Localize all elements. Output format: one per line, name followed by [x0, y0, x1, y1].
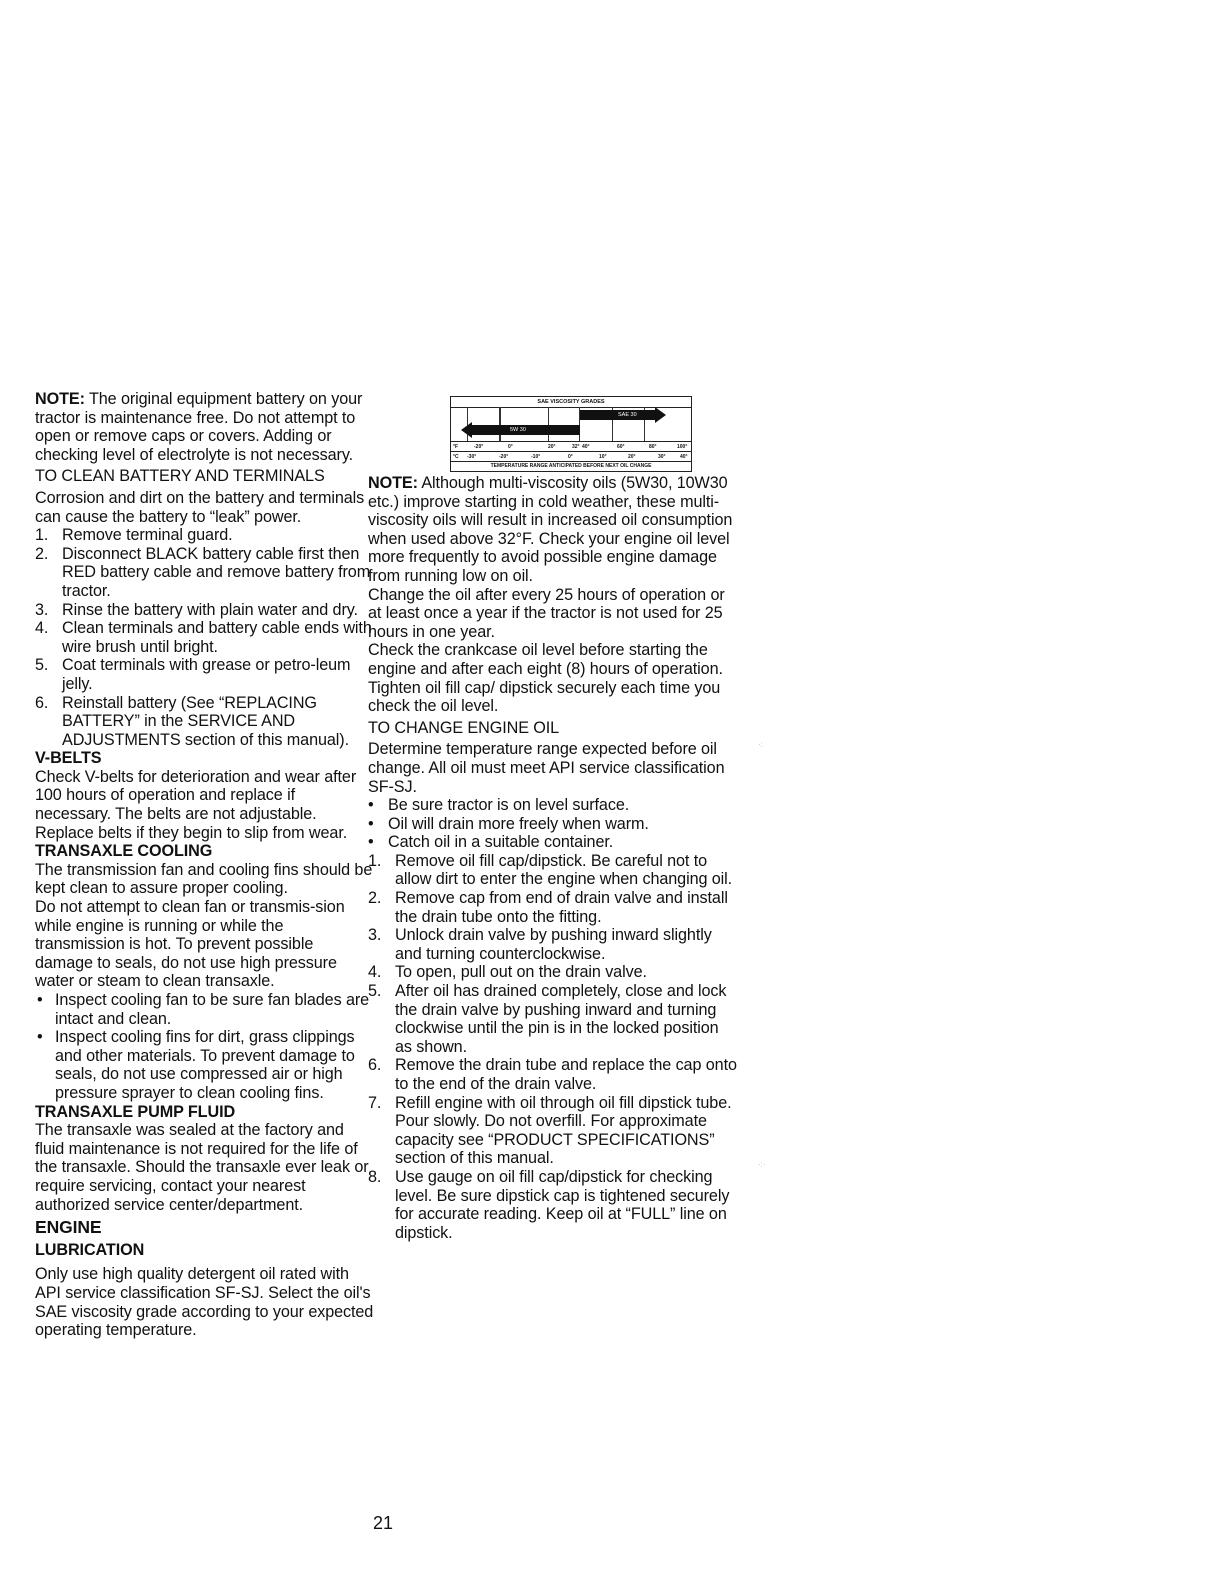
list-item: 2.Remove cap from end of drain valve and… [368, 889, 738, 926]
change-oil-intro: Determine temperature range expected bef… [368, 740, 738, 796]
step-number: 6. [35, 694, 48, 713]
bullet-icon: • [368, 833, 374, 852]
bullet-text: Be sure tractor is on level surface. [388, 796, 629, 814]
right-column: NOTE: Although multi-viscosity oils (5W3… [368, 474, 738, 1242]
step-number: 3. [35, 601, 48, 620]
list-item: 1.Remove terminal guard. [35, 526, 375, 545]
5w30-label: 5W 30 [510, 427, 526, 433]
change-oil-steps: 1.Remove oil fill cap/dipstick. Be caref… [368, 852, 738, 1242]
step-number: 1. [368, 852, 381, 871]
step-text: Unlock drain valve by pushing inward sli… [395, 926, 712, 963]
transaxle-cooling-heading: TRANSAXLE COOLING [35, 842, 375, 861]
step-text: Remove terminal guard. [62, 526, 233, 544]
bullet-text: Inspect cooling fan to be sure fan blade… [55, 991, 369, 1028]
note-label: NOTE: [368, 474, 418, 492]
grid-line [499, 407, 501, 441]
list-item: 3.Rinse the battery with plain water and… [35, 601, 375, 620]
cooling-paragraph-1: The transmission fan and cooling fins sh… [35, 861, 375, 898]
change-paragraph-2: Check the crankcase oil level before sta… [368, 641, 738, 715]
vbelts-heading: V-BELTS [35, 749, 375, 768]
list-item: 5.Coat terminals with grease or petro-le… [35, 656, 375, 693]
list-item: •Inspect cooling fan to be sure fan blad… [35, 991, 375, 1028]
arrow-right-icon [655, 407, 666, 423]
bullet-icon: • [37, 991, 43, 1010]
vbelts-text: Check V-belts for deterioration and wear… [35, 768, 375, 842]
change-oil-bullets: •Be sure tractor is on level surface. •O… [368, 796, 738, 852]
page-number: 21 [373, 1513, 393, 1534]
pump-fluid-text: The transaxle was sealed at the factory … [35, 1121, 375, 1214]
list-item: 2.Disconnect BLACK battery cable first t… [35, 545, 375, 601]
step-text: Remove cap from end of drain valve and i… [395, 889, 728, 926]
bullet-icon: • [368, 796, 374, 815]
step-text: After oil has drained completely, close … [395, 982, 726, 1056]
change-paragraph-1: Change the oil after every 25 hours of o… [368, 586, 738, 642]
step-number: 4. [35, 619, 48, 638]
engine-heading: ENGINE [35, 1218, 375, 1237]
sae30-label: SAE 30 [618, 412, 637, 418]
sae30-bar: SAE 30 [580, 410, 655, 420]
step-text: Clean terminals and battery cable ends w… [62, 619, 372, 656]
cooling-paragraph-2: Do not attempt to clean fan or transmis-… [35, 898, 375, 991]
lubrication-heading: LUBRICATION [35, 1241, 375, 1260]
cooling-bullets: •Inspect cooling fan to be sure fan blad… [35, 991, 375, 1103]
step-number: 2. [368, 889, 381, 908]
step-text: Remove the drain tube and replace the ca… [395, 1056, 737, 1093]
5w30-bar: 5W 30 [472, 425, 580, 435]
step-number: 2. [35, 545, 48, 564]
step-number: 6. [368, 1056, 381, 1075]
list-item: •Inspect cooling fins for dirt, grass cl… [35, 1028, 375, 1102]
list-item: •Be sure tractor is on level surface. [368, 796, 738, 815]
step-text: Use gauge on oil fill cap/dipstick for c… [395, 1168, 729, 1242]
note-label: NOTE: [35, 390, 85, 408]
list-item: 3.Unlock drain valve by pushing inward s… [368, 926, 738, 963]
list-item: 4.To open, pull out on the drain valve. [368, 963, 738, 982]
list-item: 7.Refill engine with oil through oil fil… [368, 1094, 738, 1168]
list-item: 5.After oil has drained completely, clos… [368, 982, 738, 1056]
step-text: To open, pull out on the drain valve. [395, 963, 647, 981]
bullet-text: Oil will drain more freely when warm. [388, 815, 649, 833]
step-number: 7. [368, 1094, 381, 1113]
chart-footer: TEMPERATURE RANGE ANTICIPATED BEFORE NEX… [451, 461, 691, 472]
step-number: 5. [35, 656, 48, 675]
step-number: 4. [368, 963, 381, 982]
scan-speck: ·:· [758, 1160, 766, 1169]
clean-battery-intro: Corrosion and dirt on the battery and te… [35, 489, 375, 526]
chart-grid: SAE 30 5W 30 [451, 407, 691, 441]
step-number: 3. [368, 926, 381, 945]
step-number: 1. [35, 526, 48, 545]
grid-line [548, 407, 549, 441]
step-text: Coat terminals with grease or petro-leum… [62, 656, 350, 693]
arrow-left-icon [461, 422, 472, 438]
list-item: 6.Remove the drain tube and replace the … [368, 1056, 738, 1093]
bullet-text: Catch oil in a suitable container. [388, 833, 613, 851]
clean-battery-heading: TO CLEAN BATTERY AND TERMINALS [35, 467, 375, 486]
step-number: 8. [368, 1168, 381, 1187]
list-item: 1.Remove oil fill cap/dipstick. Be caref… [368, 852, 738, 889]
note-text: The original equipment battery on your t… [35, 390, 362, 464]
list-item: 4.Clean terminals and battery cable ends… [35, 619, 375, 656]
list-item: 8.Use gauge on oil fill cap/dipstick for… [368, 1168, 738, 1242]
scan-speck: ·: [758, 740, 763, 749]
step-text: Disconnect BLACK battery cable first the… [62, 545, 370, 600]
battery-note: NOTE: The original equipment battery on … [35, 390, 375, 464]
list-item: 6.Reinstall battery (See “REPLACING BATT… [35, 694, 375, 750]
lubrication-text: Only use high quality detergent oil rate… [35, 1265, 375, 1339]
step-text: Reinstall battery (See “REPLACING BATTER… [62, 694, 349, 749]
step-text: Rinse the battery with plain water and d… [62, 601, 358, 619]
step-number: 5. [368, 982, 381, 1001]
oil-note: NOTE: Although multi-viscosity oils (5W3… [368, 474, 738, 586]
sae-viscosity-chart: SAE VISCOSITY GRADES SAE 30 5W 30 °F -20… [450, 396, 692, 472]
bullet-text: Inspect cooling fins for dirt, grass cli… [55, 1028, 355, 1102]
list-item: •Catch oil in a suitable container. [368, 833, 738, 852]
change-oil-heading: TO CHANGE ENGINE OIL [368, 719, 738, 738]
list-item: •Oil will drain more freely when warm. [368, 815, 738, 834]
left-column: NOTE: The original equipment battery on … [35, 390, 375, 1340]
note-text: Although multi-viscosity oils (5W30, 10W… [368, 474, 732, 585]
bullet-icon: • [37, 1028, 43, 1047]
clean-battery-steps: 1.Remove terminal guard. 2.Disconnect BL… [35, 526, 375, 749]
bullet-icon: • [368, 815, 374, 834]
step-text: Refill engine with oil through oil fill … [395, 1094, 732, 1168]
pump-fluid-heading: TRANSAXLE PUMP FLUID [35, 1103, 375, 1122]
step-text: Remove oil fill cap/dipstick. Be careful… [395, 852, 732, 889]
